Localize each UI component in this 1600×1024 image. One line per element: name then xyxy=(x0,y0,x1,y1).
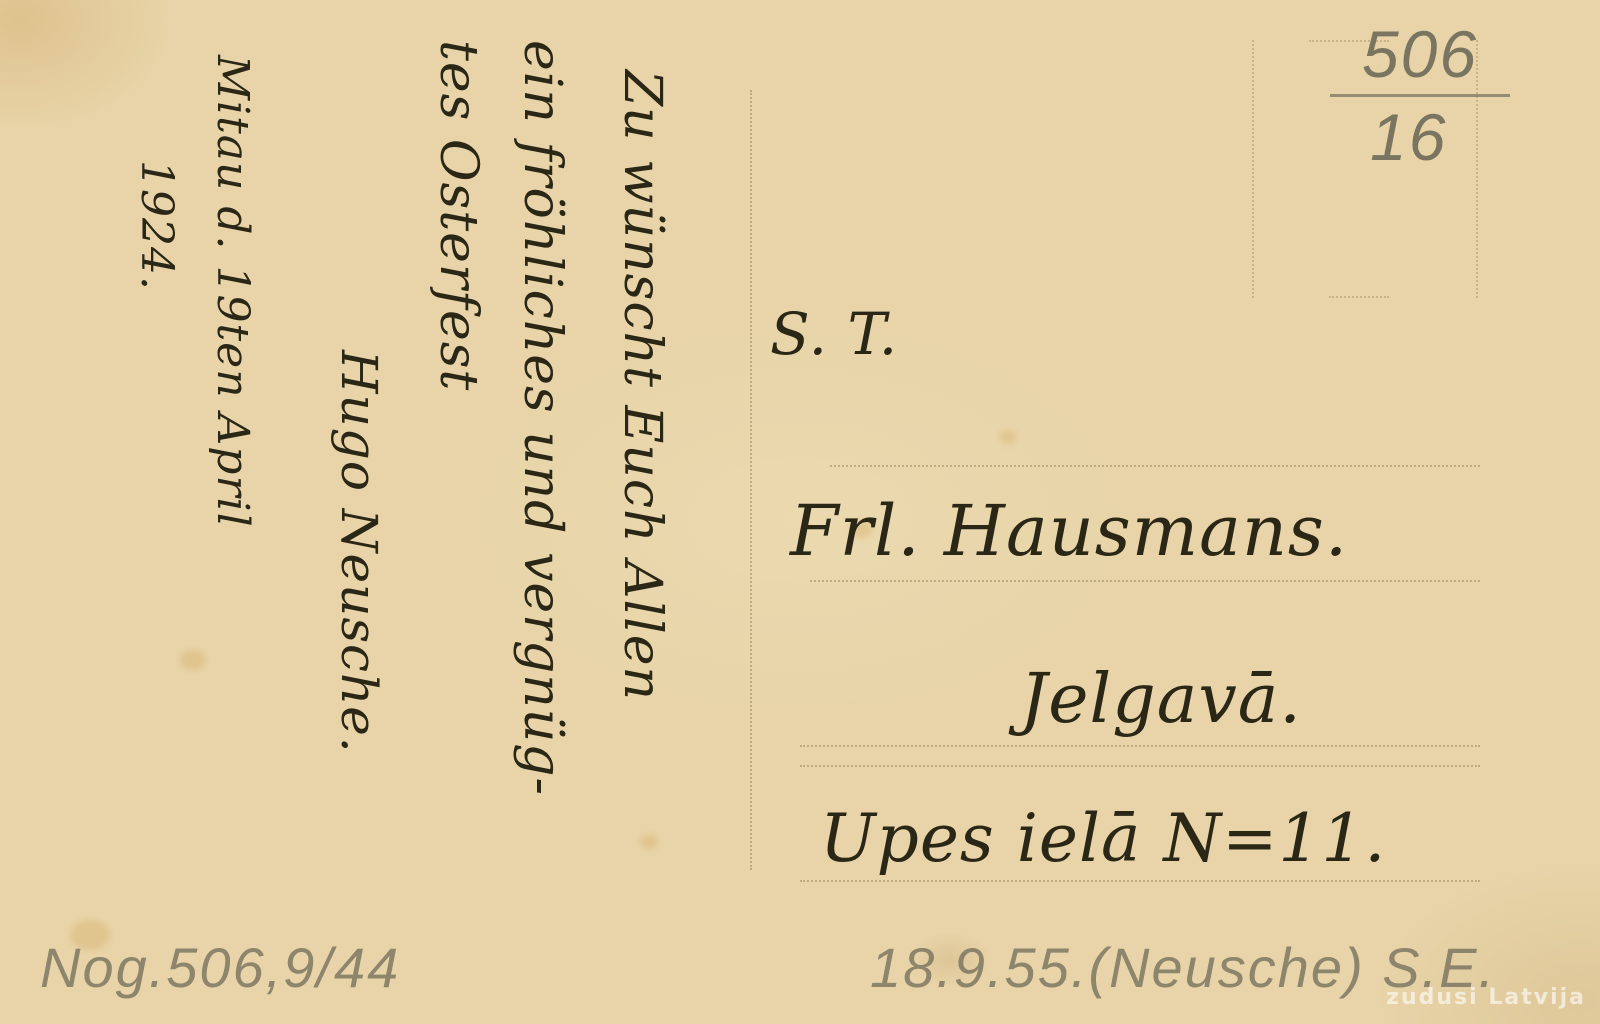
address-city: Jelgavā. xyxy=(1020,660,1302,739)
stain xyxy=(1000,430,1016,444)
archive-number-rule xyxy=(1330,94,1510,97)
dateline-place-date: Mitau d. 19ten April xyxy=(207,55,258,528)
address-line-1 xyxy=(830,465,1480,467)
address-street: Upes ielā N=11. xyxy=(820,800,1386,877)
archive-number-main: 506 xyxy=(1330,18,1510,90)
stain xyxy=(640,835,658,849)
archive-number: 506 16 xyxy=(1330,18,1510,173)
address-line-5 xyxy=(800,880,1480,882)
archive-note-inventory: Nog.506,9/44 xyxy=(40,935,400,1000)
message-line-1: Zu wünscht Euch Allen xyxy=(612,70,672,701)
address-recipient: Frl. Hausmans. xyxy=(790,490,1348,572)
center-divider-line xyxy=(750,90,752,870)
message-line-3: tes Osterfest xyxy=(428,40,488,391)
address-line-4 xyxy=(800,765,1480,767)
address-salutation: S. T. xyxy=(770,300,898,368)
stain xyxy=(180,650,206,670)
postcard-back: 506 16 S. T. Frl. Hausmans. Jelgavā. Upe… xyxy=(0,0,1600,1024)
watermark: zudusi Latvija xyxy=(1386,985,1586,1010)
stamp-area-bottom-edge xyxy=(1329,296,1389,298)
signature: Hugo Neusche. xyxy=(330,350,388,754)
archive-number-sub: 16 xyxy=(1330,101,1510,173)
address-line-2 xyxy=(810,580,1480,582)
dateline-year: 1924. xyxy=(131,160,182,291)
message-line-2: ein fröhliches und vergnüg- xyxy=(512,40,572,796)
address-line-3 xyxy=(800,745,1480,747)
